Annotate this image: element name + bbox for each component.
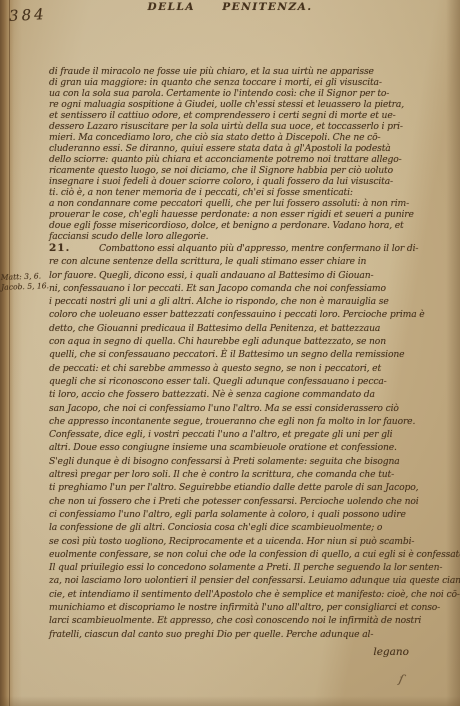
text-line: coloro che uoleuano esser battezzati con…	[49, 308, 449, 321]
text-line: za, noi lasciamo loro uolontieri il pens…	[49, 574, 449, 587]
text-line: cie, et intendiamo il sentimento dell'Ap…	[49, 588, 449, 601]
text-line: ni, confessauano i lor peccati. Et san J…	[49, 282, 449, 295]
text-line: quelli, che si confessauano peccatori. È…	[49, 348, 449, 361]
text-line: insegnare i suoi fedeli à douer sciorre …	[49, 176, 449, 187]
paragraph-continuation: di fraude il miracolo ne fosse uie più c…	[49, 66, 449, 242]
catchword: legano	[49, 646, 427, 658]
text-line: euolmente confessare, se non colui che o…	[49, 548, 449, 561]
paragraph-number: 21.	[49, 242, 99, 255]
page-title: DELLA PENITENZA.	[0, 1, 460, 13]
text-line: i peccati nostri gli uni a gli altri. Al…	[49, 295, 449, 308]
text-line: ricamente questo luogo, se noi diciamo, …	[49, 165, 449, 176]
text-line: detto, che Giouanni predicaua il Battesi…	[49, 322, 449, 335]
text-line: che appresso incontanente segue, trouera…	[49, 415, 449, 428]
text-line: doue egli fosse misericordioso, dolce, e…	[49, 220, 449, 231]
flourish-mark: ſ	[398, 672, 405, 687]
text-line: ti. ciò è, a non tener memoria de i pecc…	[49, 187, 449, 198]
text-line: dello sciorre: quanto più chiara et acco…	[49, 154, 449, 165]
text-line: facciansi scudo delle loro allegorie.	[49, 231, 449, 242]
text-line: Confessate, dice egli, i vostri peccati …	[49, 428, 449, 441]
paragraph-21: 21. Combattono essi alquanto più d'appre…	[49, 242, 449, 641]
margin-note-line: Jacob. 5, 16.	[1, 281, 49, 293]
text-line: ti loro, accio che fossero battezzati. N…	[49, 388, 449, 401]
text-line: quegli che si riconoscono esser tali. Qu…	[49, 375, 449, 388]
text-line: se così più tosto uogliono, Reciprocamen…	[49, 535, 449, 548]
text-line: lor fauore. Quegli, dicono essi, i quali…	[49, 269, 449, 282]
manuscript-body: di fraude il miracolo ne fosse uie più c…	[49, 66, 449, 641]
text-line: ti preghiamo l'un per l'altro. Seguirebb…	[49, 481, 449, 494]
text-line: con aqua in segno di quella. Chi haurebb…	[49, 335, 449, 348]
text-line: altresì pregar per loro soli. Il che è c…	[49, 468, 449, 481]
text-line: di fraude il miracolo ne fosse uie più c…	[49, 66, 449, 77]
text-line-content: Combattono essi alquanto più d'appresso,…	[99, 242, 418, 255]
text-line: et sentissero il cattiuo odore, et compr…	[49, 110, 449, 121]
text-line: fratelli, ciascun dal canto suo preghi D…	[49, 628, 449, 641]
text-line: di gran uia maggiore: in quanto che senz…	[49, 77, 449, 88]
text-line: munichiamo et discopriamo le nostre infi…	[49, 601, 449, 614]
text-line: re con alcune sentenze della scrittura, …	[49, 255, 449, 268]
text-line: che non ui fossero che i Preti che potes…	[49, 495, 449, 508]
text-line: Il qual priuilegio essi lo concedono sol…	[49, 561, 449, 574]
text-line: ua con la sola sua parola. Certamente io…	[49, 88, 449, 99]
text-line: cluderanno essi. Se diranno, quiui esser…	[49, 143, 449, 154]
text-line: altri. Doue esso congiugne insieme una s…	[49, 441, 449, 454]
text-line: larci scambieuolmente. Et appresso, che …	[49, 614, 449, 627]
book-binding-edge	[0, 0, 22, 706]
page-bottom-edge-shadow	[0, 696, 460, 706]
text-line: re ogni maluagia sospitione à Giudei, uo…	[49, 99, 449, 110]
manuscript-page: 384 DELLA PENITENZA. Matt: 3, 6. Jacob. …	[0, 0, 460, 706]
text-line: S'egli dunque è di bisogno confessarsi à…	[49, 455, 449, 468]
text-line: de peccati: et chi sarebbe ammesso à que…	[49, 362, 449, 375]
text-line: la confessione de gli altri. Conciosia c…	[49, 521, 449, 534]
text-line: a non condannare come peccatori quelli, …	[49, 198, 449, 209]
margin-scripture-reference: Matt: 3, 6. Jacob. 5, 16.	[1, 271, 50, 293]
text-line: prouerar le cose, ch'egli hauesse perdon…	[49, 209, 449, 220]
text-line: dessero Lazaro risuscitare per la sola u…	[49, 121, 449, 132]
text-line: 21. Combattono essi alquanto più d'appre…	[49, 242, 449, 255]
text-line: ci confessiamo l'uno l'altro, egli parla…	[49, 508, 449, 521]
text-line: mieri. Ma concediamo loro, che ciò sia s…	[49, 132, 449, 143]
text-line: san Jacopo, che noi ci confessiamo l'uno…	[49, 402, 449, 415]
